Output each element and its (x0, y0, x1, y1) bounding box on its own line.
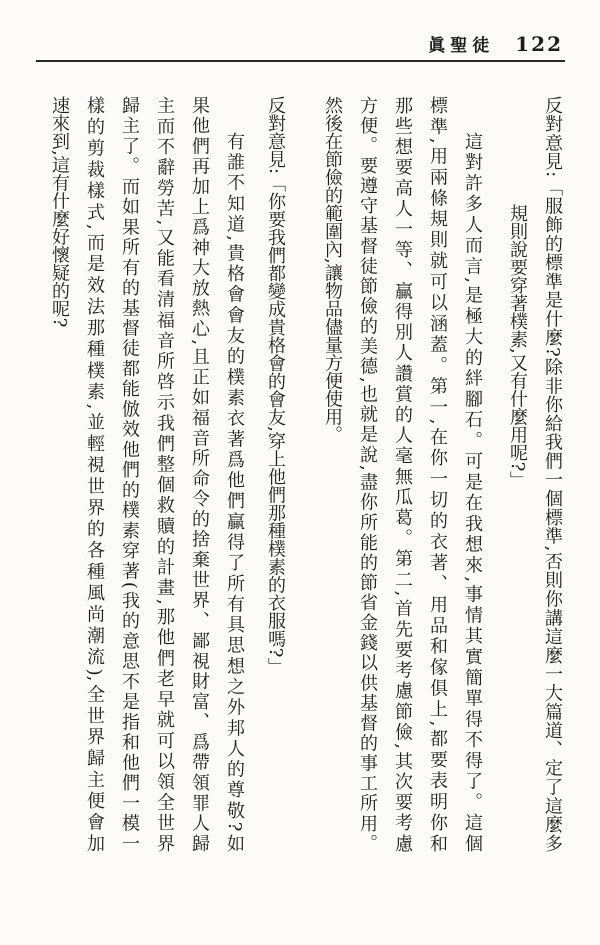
header-rule (36, 60, 565, 62)
text-column: 果他們再加上爲神大放熱心,且正如福音所命令的捨棄世界、鄙視財富、爲帶領罪人歸 (182, 96, 217, 852)
objection-paragraph-2: 反對意見:「你要我們都變成貴格會的會友,穿上他們那種樸素的衣服嗎?」 (258, 96, 293, 886)
text-column: 規則說要穿著樸素,又有什麼用呢?」 (500, 96, 535, 852)
book-title: 眞聖徒 (428, 31, 494, 56)
text-column: 主而不辭勞苦,又能看清福音所啓示我們整個救贖的計畫,那他們老早就可以領全世界 (147, 96, 182, 852)
objection-paragraph-1: 反對意見:「服飾的標準是什麼?除非你給我們一個標準,否則你講這麼一大篇道、定了這… (500, 96, 570, 886)
response-paragraph-2: 有誰不知道,貴格會會友的樸素衣著爲他們贏得了所有具思想之外邦人的尊敬?如 果他們… (42, 96, 252, 886)
page-number: 122 (515, 32, 563, 56)
scanned-book-page: 眞聖徒 122 反對意見:「服飾的標準是什麼?除非你給我們一個標準,否則你講這麼… (0, 0, 600, 945)
text-column: 有誰不知道,貴格會會友的樸素衣著爲他們贏得了所有具思想之外邦人的尊敬?如 (217, 96, 252, 852)
text-column: 那些想要高人一等、贏得別人讚賞的人毫無瓜葛。第二,首先要考慮節儉,其次要考慮 (385, 96, 420, 852)
text-column: 方便。要遵守基督徒節儉的美德,也就是說,盡你所能的節省金錢以供基督的事工所用。 (350, 96, 385, 852)
vertical-text-body: 反對意見:「服飾的標準是什麼?除非你給我們一個標準,否則你講這麼一大篇道、定了這… (42, 96, 570, 886)
text-column: 然後在節儉的範圍內,讓物品儘量方便使用。 (315, 96, 350, 852)
text-column: 這對許多人而言,是極大的絆腳石。可是在我想來,事情其實簡單得不得了。這個 (455, 96, 490, 852)
response-paragraph-1: 這對許多人而言,是極大的絆腳石。可是在我想來,事情其實簡單得不得了。這個 標準,… (315, 96, 490, 886)
text-column: 樣的剪裁樣式,而是效法那種樸素,並輕視世界的各種風尚潮流),全世界歸主便會加 (77, 96, 112, 852)
running-header: 眞聖徒 122 (428, 31, 563, 56)
text-column: 反對意見:「你要我們都變成貴格會的會友,穿上他們那種樸素的衣服嗎?」 (258, 96, 293, 852)
text-column: 標準,用兩條規則就可以涵蓋。第一,在你一切的衣著、用品和傢俱上,都要表明你和 (420, 96, 455, 852)
text-column: 速來到,這有什麼好懷疑的呢? (42, 96, 77, 852)
text-column: 反對意見:「服飾的標準是什麼?除非你給我們一個標準,否則你講這麼一大篇道、定了這… (535, 96, 570, 852)
text-column: 歸主了。而如果所有的基督徒都能倣效他們的樸素穿著(我的意思不是指和他們一模一 (112, 96, 147, 852)
